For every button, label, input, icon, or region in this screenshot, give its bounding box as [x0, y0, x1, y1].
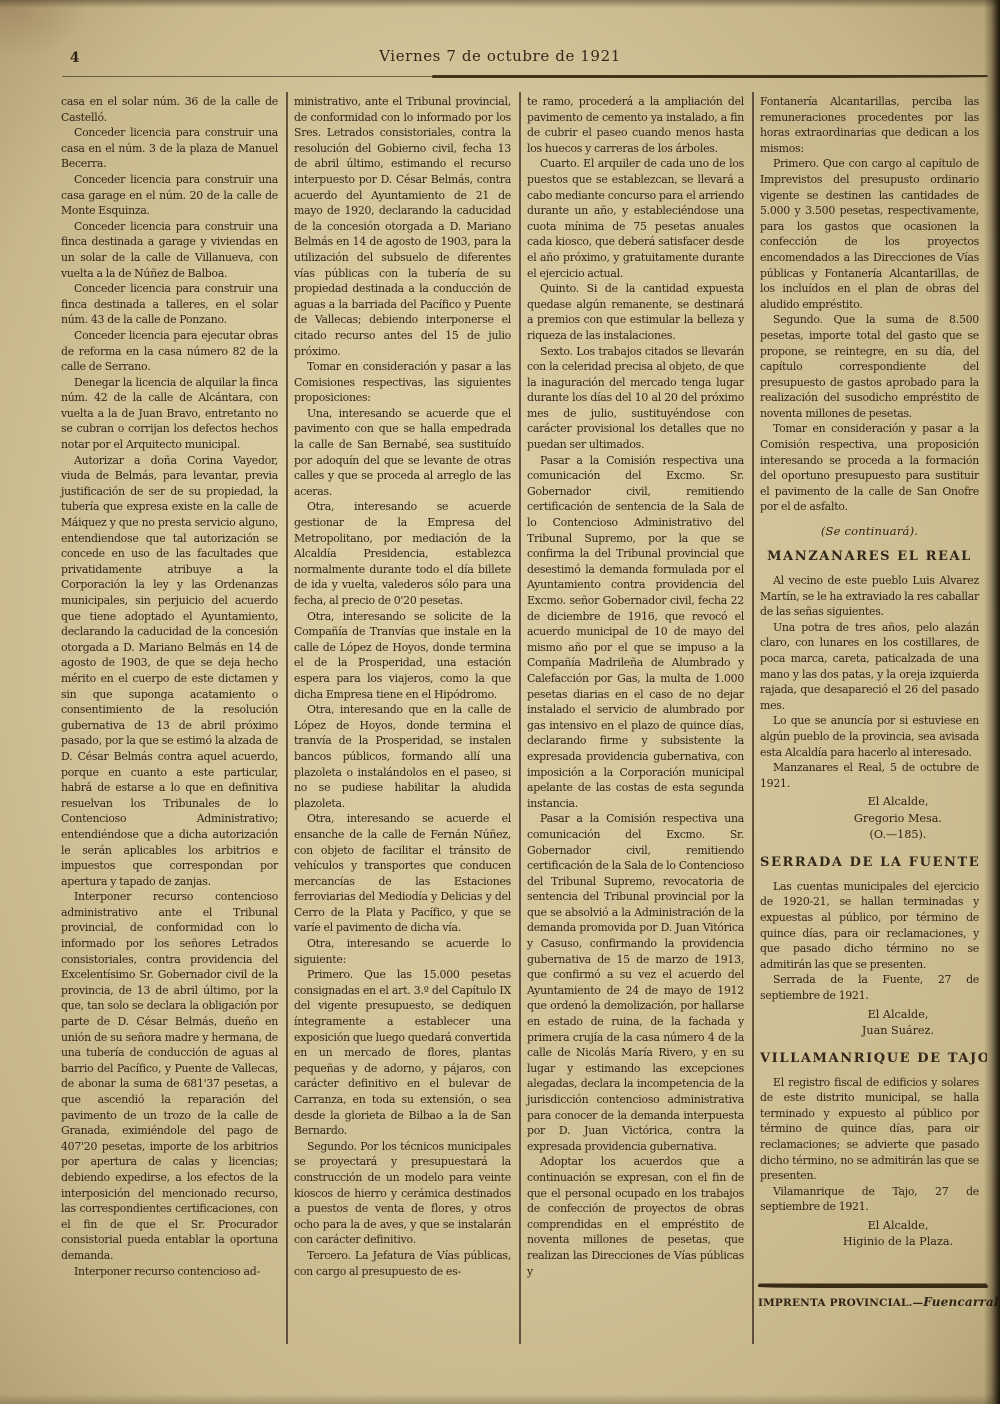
- article-paragraph: Otra, interesando se solicite de la Comp…: [294, 609, 511, 703]
- article-paragraph: Pasar a la Comisión respectiva una comun…: [527, 453, 744, 812]
- article-paragraph: El registro fiscal de edificios y solare…: [760, 1075, 979, 1184]
- page-bottom-edge: [0, 1394, 1000, 1404]
- section-heading: MANZANARES EL REAL: [760, 549, 979, 564]
- article-paragraph: Interponer recurso contencioso ad-: [61, 1264, 278, 1280]
- imprint-footer: IMPRENTA PROVINCIAL.—Fuencarral, 84: [758, 1284, 988, 1309]
- article-paragraph: Primero. Que con cargo al capítulo de Im…: [760, 156, 979, 312]
- article-paragraph: Fontanería Alcantarillas, perciba las re…: [760, 94, 979, 156]
- article-paragraph: Una potra de tres años, pelo alazán clar…: [760, 620, 979, 714]
- header-rule: [62, 74, 988, 80]
- article-paragraph: Conceder licencia para construir una fin…: [61, 281, 278, 328]
- signature-line: El Alcalde,: [817, 1007, 979, 1024]
- column-3: te ramo, procederá a la ampliación del p…: [521, 92, 754, 1344]
- article-paragraph: Interponer recurso contencioso administr…: [61, 889, 278, 1263]
- article-paragraph: Sexto. Los trabajos citados se llevarán …: [527, 344, 744, 453]
- signature-line: El Alcalde,: [817, 1218, 979, 1235]
- article-paragraph: Lo que se anuncía por si estuviese en al…: [760, 713, 979, 760]
- article-paragraph: Conceder licencia para construir una cas…: [61, 125, 278, 172]
- signature-line: Gregorio Mesa.: [817, 811, 979, 828]
- column-4: Fontanería Alcantarillas, perciba las re…: [754, 92, 987, 1344]
- signature-line: Juan Suárez.: [817, 1023, 979, 1040]
- section-heading: SERRADA DE LA FUENTE: [760, 855, 979, 870]
- article-paragraph: Tomar en consideración y pasar a la Comi…: [760, 421, 979, 515]
- article-paragraph: te ramo, procederá a la ampliación del p…: [527, 94, 744, 156]
- section-heading: VILLAMANRIQUE DE TAJO: [760, 1051, 979, 1066]
- article-paragraph: casa en el solar núm. 36 de la calle de …: [61, 94, 278, 125]
- article-paragraph: Las cuentas municipales del ejercicio de…: [760, 879, 979, 973]
- page-top-edge: [0, 0, 1000, 8]
- article-paragraph: Conceder licencia para construir una cas…: [61, 172, 278, 219]
- imprint-label: IMPRENTA PROVINCIAL.—: [758, 1297, 923, 1309]
- article-paragraph: Otra, interesando se acuerde el ensanche…: [294, 811, 511, 936]
- article-columns: casa en el solar núm. 36 de la calle de …: [55, 92, 987, 1344]
- signature: El Alcalde,Higinio de la Plaza.: [760, 1218, 979, 1251]
- page-right-edge: [984, 0, 1000, 1404]
- newspaper-page: 4 Viernes 7 de octubre de 1921 casa en e…: [0, 0, 1000, 1404]
- imprint-rule: [758, 1284, 988, 1288]
- article-paragraph: Tercero. La Jefatura de Vías públicas, c…: [294, 1248, 511, 1279]
- article-paragraph: Otra, interesando que en la calle de Lóp…: [294, 702, 511, 811]
- article-paragraph: ministrativo, ante el Tribunal provincia…: [294, 94, 511, 359]
- article-paragraph: Manzanares el Real, 5 de octubre de 1921…: [760, 760, 979, 791]
- signature-line: Higinio de la Plaza.: [817, 1234, 979, 1251]
- article-paragraph: Al vecino de este pueblo Luis Alvarez Ma…: [760, 573, 979, 620]
- signature: El Alcalde,Juan Suárez.: [760, 1007, 979, 1040]
- column-1: casa en el solar núm. 36 de la calle de …: [55, 92, 288, 1344]
- header-rule-thick: [432, 75, 988, 78]
- masthead-date: Viernes 7 de octubre de 1921: [0, 47, 1000, 65]
- column-2: ministrativo, ante el Tribunal provincia…: [288, 92, 521, 1344]
- article-paragraph: Adoptar los acuerdos que a continuación …: [527, 1154, 744, 1279]
- signature: El Alcalde,Gregorio Mesa.(O.—185).: [760, 794, 979, 844]
- article-paragraph: Segundo. Por los técnicos municipales se…: [294, 1139, 511, 1248]
- article-paragraph: Conceder licencia para ejecutar obras de…: [61, 328, 278, 375]
- article-paragraph: Autorizar a doña Corina Vayedor, viuda d…: [61, 453, 278, 890]
- article-paragraph: Una, interesando se acuerde que el pavim…: [294, 406, 511, 500]
- article-paragraph: Tomar en consideración y pasar a las Com…: [294, 359, 511, 406]
- article-paragraph: Vilamanrique de Tajo, 27 de septiembre d…: [760, 1184, 979, 1215]
- article-paragraph: Conceder licencia para construir una fin…: [61, 219, 278, 281]
- signature-line: (O.—185).: [817, 827, 979, 844]
- article-paragraph: Segundo. Que la suma de 8.500 pesetas, i…: [760, 312, 979, 421]
- article-paragraph: Otra, interesando se acuerde gestionar d…: [294, 499, 511, 608]
- article-paragraph: Cuarto. El arquiler de cada uno de los p…: [527, 156, 744, 281]
- article-paragraph: Serrada de la Fuente, 27 de septiembre d…: [760, 972, 979, 1003]
- continuation-note: (Se continuará).: [760, 524, 979, 538]
- article-paragraph: Primero. Que las 15.000 pesetas consigna…: [294, 967, 511, 1139]
- article-paragraph: Denegar la licencia de alquilar la finca…: [61, 375, 278, 453]
- article-paragraph: Pasar a la Comisión respectiva una comun…: [527, 811, 744, 1154]
- article-paragraph: Quinto. Si de la cantidad expuesta queda…: [527, 281, 744, 343]
- imprint-text: IMPRENTA PROVINCIAL.—Fuencarral, 84: [758, 1295, 988, 1309]
- signature-line: El Alcalde,: [817, 794, 979, 811]
- article-paragraph: Otra, interesando se acuerde lo siguient…: [294, 936, 511, 967]
